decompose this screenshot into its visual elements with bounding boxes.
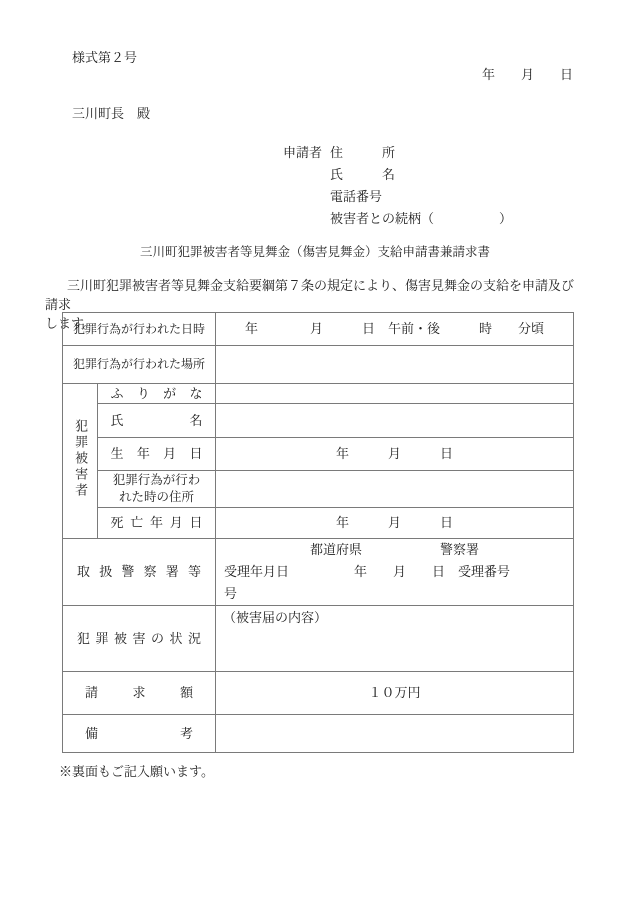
address-at-crime-value (216, 471, 574, 508)
birthdate-label: 生年月日 (98, 438, 216, 471)
date-line: 年 月 日 (482, 64, 573, 83)
police-prefecture-line: 都道府県 警察署 (216, 539, 573, 561)
main-table: 犯罪行為が行われた日時 年 月 日 午前・後 時 分頃 犯罪行為が行われた場所 … (62, 312, 574, 753)
applicant-relation-label: 被害者との続柄（ ） (330, 208, 512, 230)
claim-amount-value: １０万円 (216, 672, 574, 715)
police-station-label: 取扱警察署等 (63, 539, 216, 606)
victim-name-label: 氏名 (98, 404, 216, 438)
remarks-value (216, 715, 574, 753)
applicant-block: 申請者 住 所 氏 名 電話番号 被害者との続柄（ ） (283, 142, 512, 230)
furigana-label: ふりがな (98, 384, 216, 404)
death-date-value: 年 月 日 (216, 508, 574, 539)
furigana-value (216, 384, 574, 404)
victim-group-cell: 犯罪被害者 (63, 384, 98, 539)
row-remarks: 備考 (63, 715, 574, 753)
victim-name-value (216, 404, 574, 438)
form-number: 様式第２号 (72, 47, 137, 66)
remarks-label: 備考 (63, 715, 216, 753)
row-death-date: 死亡年月日 年 月 日 (63, 508, 574, 539)
victim-group-label: 犯罪被害者 (72, 419, 88, 499)
police-station-value: 都道府県 警察署 受理年月日 年 月 日 受理番号 号 (216, 539, 574, 606)
body-line-1: 三川町犯罪被害者等見舞金支給要綱第７条の規定により、傷害見舞金の支給を申請及び請… (45, 276, 577, 314)
applicant-phone-label: 電話番号 (330, 186, 382, 208)
damage-situation-label: 犯罪被害の状況 (63, 606, 216, 672)
applicant-address-line: 申請者 住 所 (283, 142, 512, 164)
birthdate-value: 年 月 日 (216, 438, 574, 471)
applicant-name-label: 氏 名 (330, 164, 395, 186)
row-address-at-crime: 犯罪行為が行わ れた時の住所 (63, 471, 574, 508)
crime-place-value (216, 346, 574, 384)
applicant-phone-line: 電話番号 (283, 186, 512, 208)
applicant-label: 申請者 (283, 142, 330, 164)
police-receipt-line: 受理年月日 年 月 日 受理番号 号 (216, 561, 573, 605)
applicant-indent (283, 164, 330, 186)
row-crime-datetime: 犯罪行為が行われた日時 年 月 日 午前・後 時 分頃 (63, 313, 574, 346)
row-furigana: 犯罪被害者 ふりがな (63, 384, 574, 404)
applicant-relation-line: 被害者との続柄（ ） (283, 208, 512, 230)
applicant-indent (283, 186, 330, 208)
applicant-indent (283, 208, 330, 230)
damage-situation-value: （被害届の内容） (216, 606, 574, 672)
death-date-label: 死亡年月日 (98, 508, 216, 539)
address-at-crime-label: 犯罪行為が行わ れた時の住所 (98, 471, 216, 508)
document-title: 三川町犯罪被害者等見舞金（傷害見舞金）支給申請書兼請求書 (0, 242, 630, 260)
row-victim-name: 氏名 (63, 404, 574, 438)
applicant-name-line: 氏 名 (283, 164, 512, 186)
document-page: 様式第２号 年 月 日 三川町長 殿 申請者 住 所 氏 名 電話番号 被害者と… (0, 0, 630, 903)
row-crime-place: 犯罪行為が行われた場所 (63, 346, 574, 384)
row-birthdate: 生年月日 年 月 日 (63, 438, 574, 471)
row-claim-amount: 請求額 １０万円 (63, 672, 574, 715)
crime-datetime-value: 年 月 日 午前・後 時 分頃 (216, 313, 574, 346)
crime-place-label: 犯罪行為が行われた場所 (63, 346, 216, 384)
addressee: 三川町長 殿 (72, 103, 150, 122)
applicant-address-label: 住 所 (330, 142, 395, 164)
claim-amount-label: 請求額 (63, 672, 216, 715)
footer-note: ※裏面もご記入願います。 (59, 761, 214, 780)
row-police-station: 取扱警察署等 都道府県 警察署 受理年月日 年 月 日 受理番号 号 (63, 539, 574, 606)
crime-datetime-label: 犯罪行為が行われた日時 (63, 313, 216, 346)
row-damage-situation: 犯罪被害の状況 （被害届の内容） (63, 606, 574, 672)
